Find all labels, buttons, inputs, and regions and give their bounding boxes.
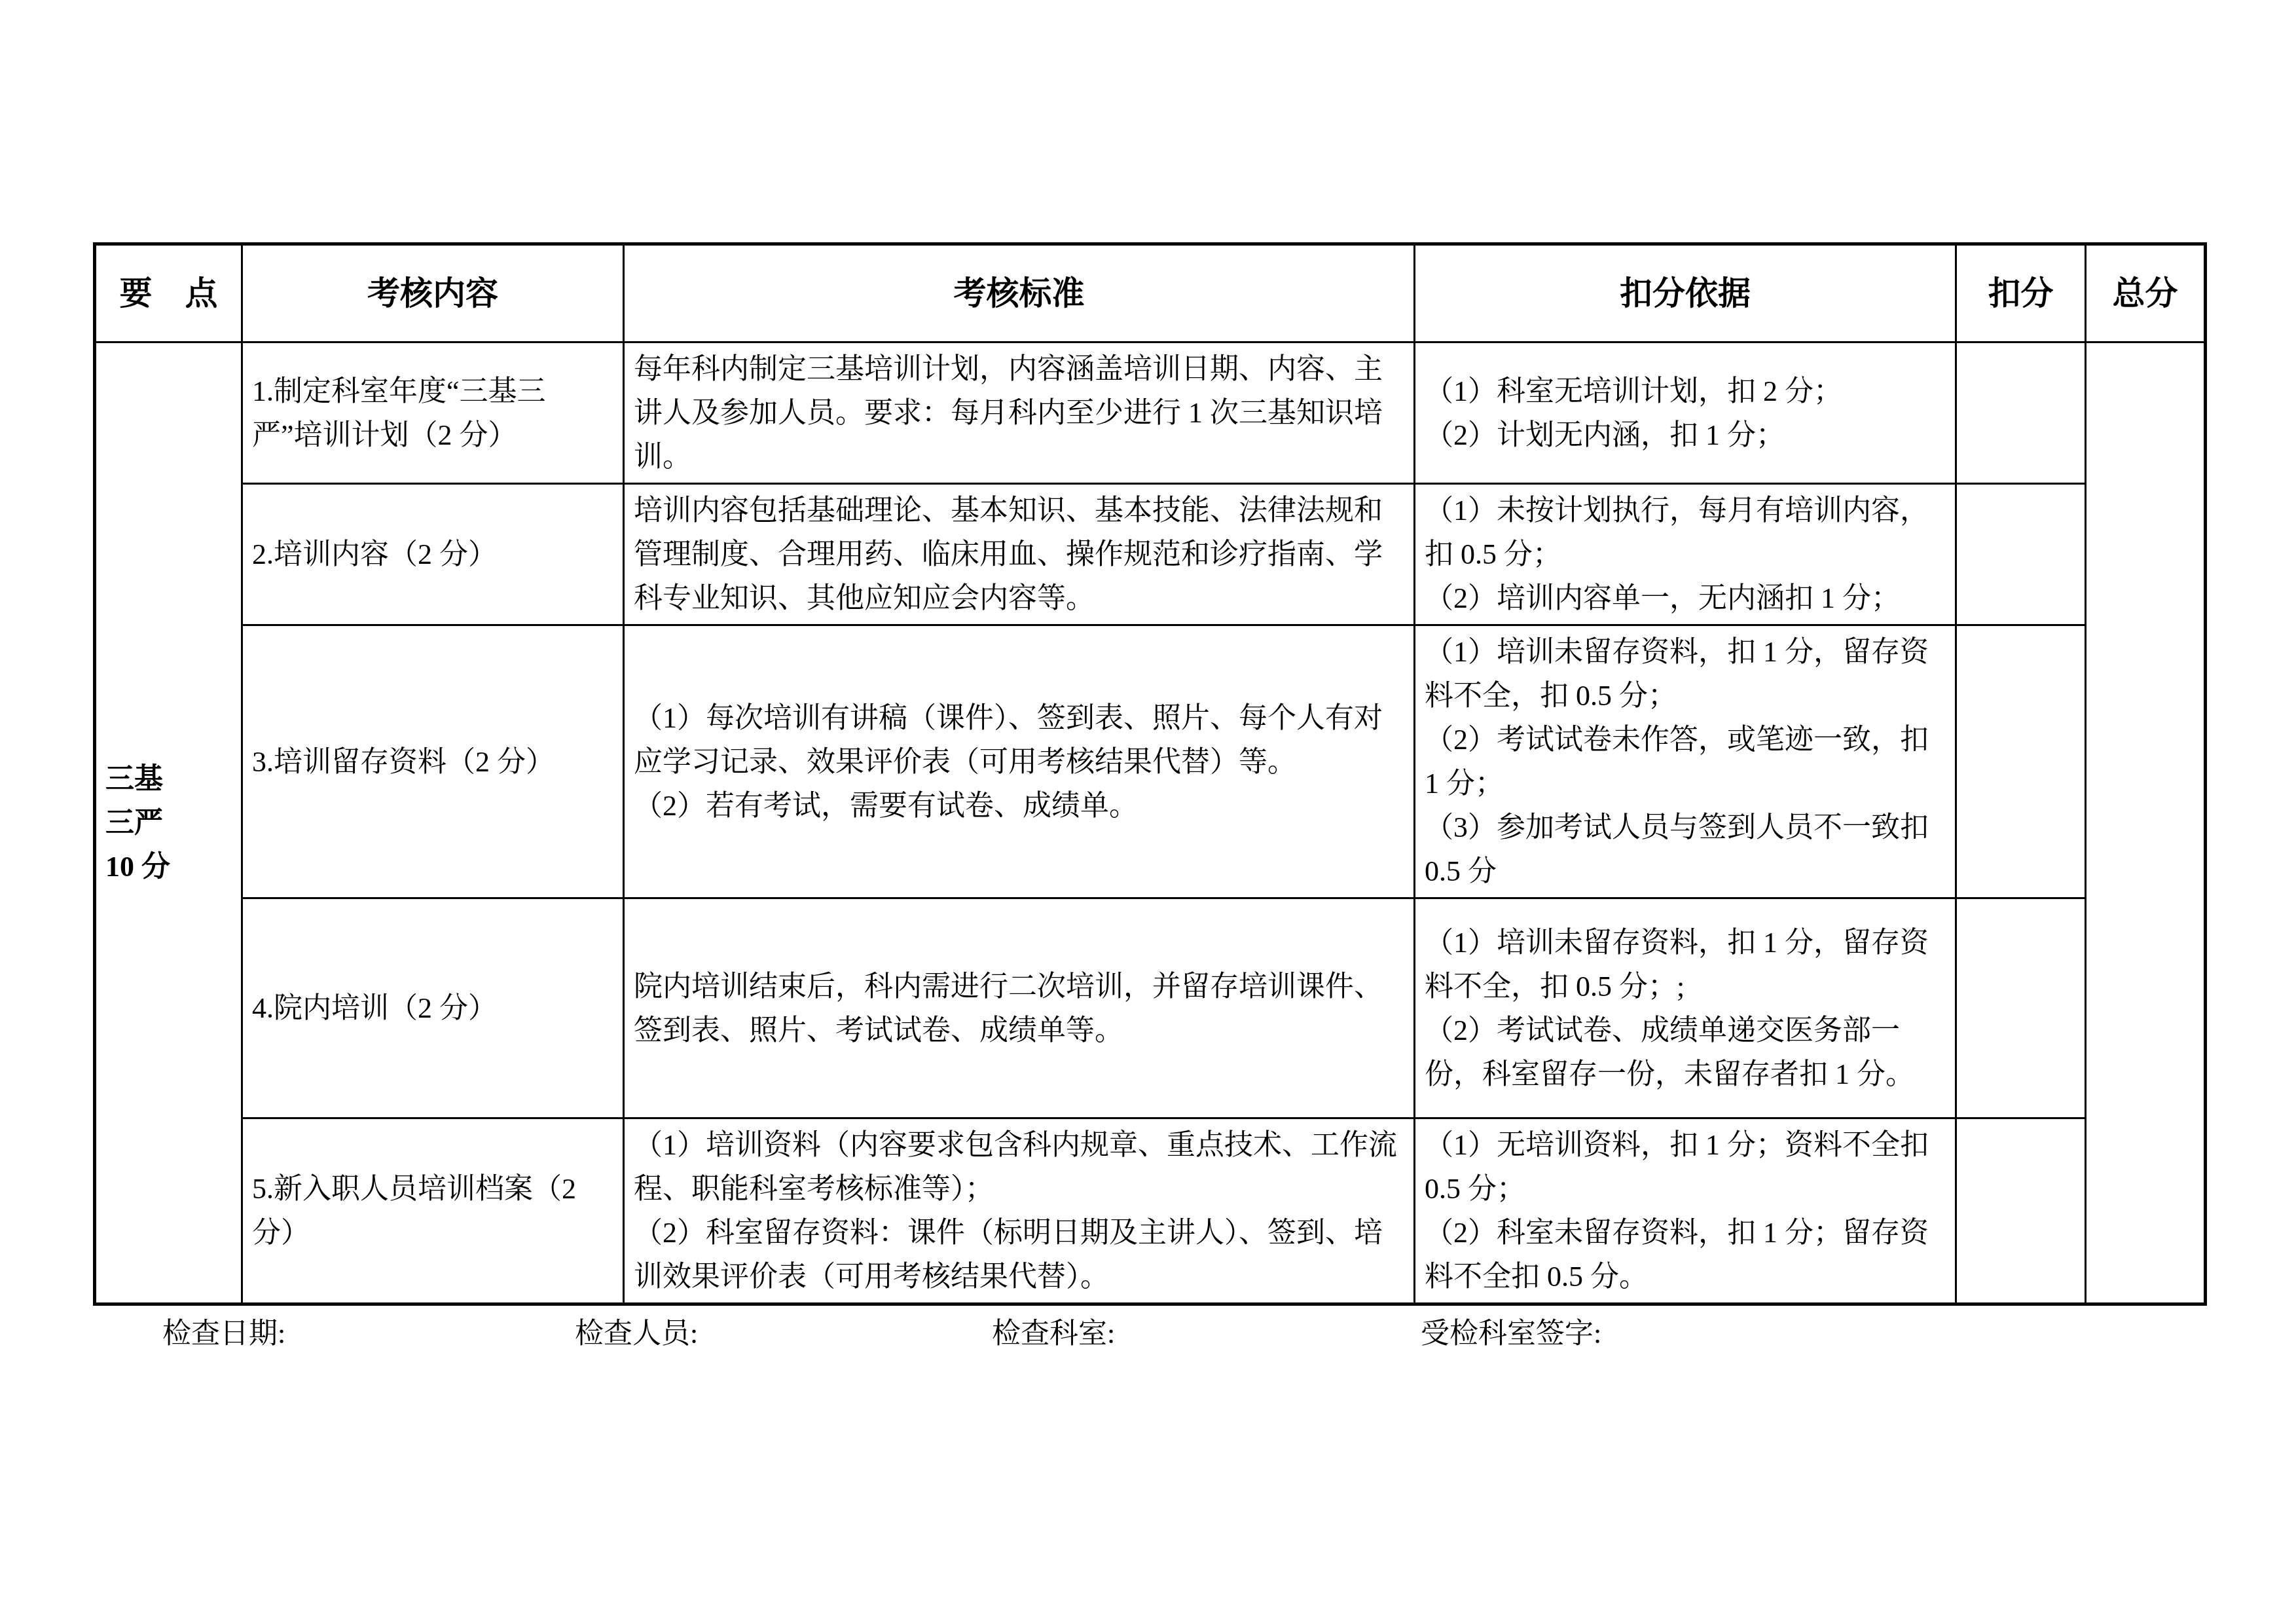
content-cell-1: 1.制定科室年度“三基三严”培训计划（2 分）: [242, 342, 624, 484]
deduction-cell-2: [1956, 484, 2086, 625]
standard-paragraph: （2）科室留存资料：课件（标明日期及主讲人）、签到、培训效果评价表（可用考核结果…: [634, 1211, 1407, 1299]
total-score-cell: [2086, 342, 2206, 1304]
standard-paragraph: 培训内容包括基础理论、基本知识、基本技能、法律法规和管理制度、合理用药、临床用血…: [634, 489, 1407, 620]
col-header-deduction-basis: 扣分依据: [1415, 244, 1956, 342]
table-row: 三基 三严 10 分 1.制定科室年度“三基三严”培训计划（2 分） 每年科内制…: [95, 342, 2206, 484]
standard-paragraph: （2）若有考试，需要有试卷、成绩单。: [634, 784, 1407, 828]
content-cell-3: 3.培训留存资料（2 分）: [242, 625, 624, 898]
basis-cell-4: （1）培训未留存资料，扣 1 分，留存资料不全，扣 0.5 分；; （2）考试试…: [1415, 898, 1956, 1118]
table-header-row: 要 点 考核内容 考核标准 扣分依据 扣分 总分: [95, 244, 2206, 342]
col-header-assessment-standard: 考核标准: [624, 244, 1415, 342]
standard-cell-2: 培训内容包括基础理论、基本知识、基本技能、法律法规和管理制度、合理用药、临床用血…: [624, 484, 1415, 625]
col-header-keypoints: 要 点: [95, 244, 242, 342]
table-row: 5.新入职人员培训档案（2 分） （1）培训资料（内容要求包含科内规章、重点技术…: [95, 1118, 2206, 1304]
basis-item: （1）无培训资料，扣 1 分；资料不全扣 0.5 分；: [1425, 1123, 1948, 1211]
standard-cell-5: （1）培训资料（内容要求包含科内规章、重点技术、工作流程、职能科室考核标准等）；…: [624, 1118, 1415, 1304]
basis-item: （2）考试试卷、成绩单递交医务部一份，科室留存一份，未留存者扣 1 分。: [1425, 1008, 1948, 1096]
basis-item: （1）培训未留存资料，扣 1 分，留存资料不全，扣 0.5 分；: [1425, 630, 1948, 718]
col-header-assessment-content: 考核内容: [242, 244, 624, 342]
inspector-label: 检查人员:: [575, 1318, 698, 1350]
category-cell: 三基 三严 10 分: [95, 342, 242, 1304]
content-cell-5: 5.新入职人员培训档案（2 分）: [242, 1118, 624, 1304]
deduction-cell-3: [1956, 625, 2086, 898]
basis-item: （2）培训内容单一，无内涵扣 1 分；: [1425, 576, 1948, 620]
content-cell-2: 2.培训内容（2 分）: [242, 484, 624, 625]
assessment-table: 要 点 考核内容 考核标准 扣分依据 扣分 总分 三基 三严 10 分 1.制定…: [93, 242, 2207, 1306]
table-row: 3.培训留存资料（2 分） （1）每次培训有讲稿（课件）、签到表、照片、每个人有…: [95, 625, 2206, 898]
standard-paragraph: 院内培训结束后，科内需进行二次培训，并留存培训课件、签到表、照片、考试试卷、成绩…: [634, 965, 1407, 1052]
basis-cell-2: （1）未按计划执行，每月有培训内容，扣 0.5 分； （2）培训内容单一，无内涵…: [1415, 484, 1956, 625]
standard-paragraph: （1）每次培训有讲稿（课件）、签到表、照片、每个人有对应学习记录、效果评价表（可…: [634, 696, 1407, 784]
table-row: 2.培训内容（2 分） 培训内容包括基础理论、基本知识、基本技能、法律法规和管理…: [95, 484, 2206, 625]
deduction-cell-5: [1956, 1118, 2086, 1304]
basis-item: （2）计划无内涵，扣 1 分；: [1425, 413, 1948, 457]
category-line: 10 分: [105, 845, 234, 889]
department-signature-label: 受检科室签字:: [1421, 1318, 1601, 1350]
basis-item: （3）参加考试人员与签到人员不一致扣 0.5 分: [1425, 805, 1948, 893]
inspection-date-label: 检查日期:: [162, 1318, 285, 1350]
category-line: 三基: [105, 757, 234, 801]
basis-item: （1）科室无培训计划，扣 2 分；: [1425, 369, 1948, 413]
standard-cell-4: 院内培训结束后，科内需进行二次培训，并留存培训课件、签到表、照片、考试试卷、成绩…: [624, 898, 1415, 1118]
deduction-cell-1: [1956, 342, 2086, 484]
basis-item: （2）考试试卷未作答，或笔迹一致，扣 1 分；: [1425, 718, 1948, 805]
basis-item: （1）培训未留存资料，扣 1 分，留存资料不全，扣 0.5 分；;: [1425, 921, 1948, 1008]
basis-cell-1: （1）科室无培训计划，扣 2 分； （2）计划无内涵，扣 1 分；: [1415, 342, 1956, 484]
basis-item: （1）未按计划执行，每月有培训内容，扣 0.5 分；: [1425, 489, 1948, 576]
col-header-total-score: 总分: [2086, 244, 2206, 342]
document-page: 要 点 考核内容 考核标准 扣分依据 扣分 总分 三基 三严 10 分 1.制定…: [0, 0, 2296, 1624]
col-header-deduction: 扣分: [1956, 244, 2086, 342]
deduction-cell-4: [1956, 898, 2086, 1118]
standard-paragraph: 每年科内制定三基培训计划，内容涵盖培训日期、内容、主讲人及参加人员。要求：每月科…: [634, 347, 1407, 479]
basis-item: （2）科室未留存资料，扣 1 分；留存资料不全扣 0.5 分。: [1425, 1211, 1948, 1299]
category-line: 三严: [105, 801, 234, 845]
basis-cell-5: （1）无培训资料，扣 1 分；资料不全扣 0.5 分； （2）科室未留存资料，扣…: [1415, 1118, 1956, 1304]
standard-cell-3: （1）每次培训有讲稿（课件）、签到表、照片、每个人有对应学习记录、效果评价表（可…: [624, 625, 1415, 898]
standard-paragraph: （1）培训资料（内容要求包含科内规章、重点技术、工作流程、职能科室考核标准等）；: [634, 1123, 1407, 1211]
table-row: 4.院内培训（2 分） 院内培训结束后，科内需进行二次培训，并留存培训课件、签到…: [95, 898, 2206, 1118]
basis-cell-3: （1）培训未留存资料，扣 1 分，留存资料不全，扣 0.5 分； （2）考试试卷…: [1415, 625, 1956, 898]
content-cell-4: 4.院内培训（2 分）: [242, 898, 624, 1118]
standard-cell-1: 每年科内制定三基培训计划，内容涵盖培训日期、内容、主讲人及参加人员。要求：每月科…: [624, 342, 1415, 484]
inspected-department-label: 检查科室:: [992, 1318, 1115, 1350]
